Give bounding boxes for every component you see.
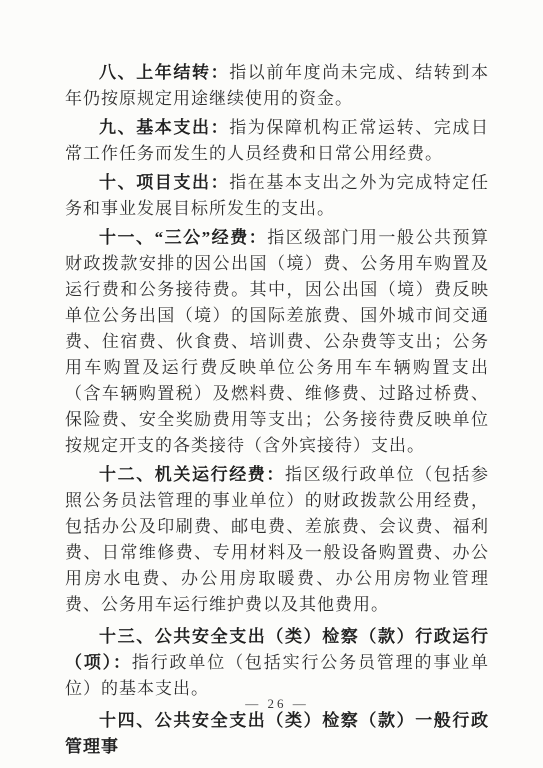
document-body: 八、上年结转：指以前年度尚未完成、结转到本年仍按原规定用途继续使用的资金。 九、… bbox=[65, 60, 489, 763]
paragraph: 十、项目支出：指在基本支出之外为完成特定任务和事业发展目标所发生的支出。 bbox=[65, 170, 489, 222]
page-number: — 26 — bbox=[65, 696, 489, 712]
paragraph-lead: 十二、机关运行经费： bbox=[99, 465, 285, 484]
paragraph-lead: 九、基本支出： bbox=[99, 118, 229, 137]
paragraph: 十二、机关运行经费：指区级行政单位（包括参照公务员法管理的事业单位）的财政拨款公… bbox=[65, 462, 489, 618]
paragraph-lead: 十、项目支出： bbox=[99, 173, 229, 192]
paragraph-lead: 十一、“三公”经费： bbox=[99, 228, 267, 247]
paragraph-body: 指区级行政单位（包括参照公务员法管理的事业单位）的财政拨款公用经费，包括办公及印… bbox=[65, 465, 489, 614]
paragraph-lead: 十四、公共安全支出（类）检察（款）一般行政管理事 bbox=[65, 711, 489, 756]
paragraph-lead: 八、上年结转： bbox=[99, 63, 229, 82]
paragraph-body: 指区级部门用一般公共预算财政拨款安排的因公出国（境）费、公务用车购置及运行费和公… bbox=[65, 228, 489, 455]
paragraph: 八、上年结转：指以前年度尚未完成、结转到本年仍按原规定用途继续使用的资金。 bbox=[65, 60, 489, 112]
paragraph: 十四、公共安全支出（类）检察（款）一般行政管理事 bbox=[65, 708, 489, 760]
paragraph: 十一、“三公”经费：指区级部门用一般公共预算财政拨款安排的因公出国（境）费、公务… bbox=[65, 225, 489, 459]
paragraph: 九、基本支出：指为保障机构正常运转、完成日常工作任务而发生的人员经费和日常公用经… bbox=[65, 115, 489, 167]
document-page: 八、上年结转：指以前年度尚未完成、结转到本年仍按原规定用途继续使用的资金。 九、… bbox=[0, 0, 543, 768]
paragraph: 十三、公共安全支出（类）检察（款）行政运行（项）：指行政单位（包括实行公务员管理… bbox=[65, 624, 489, 702]
